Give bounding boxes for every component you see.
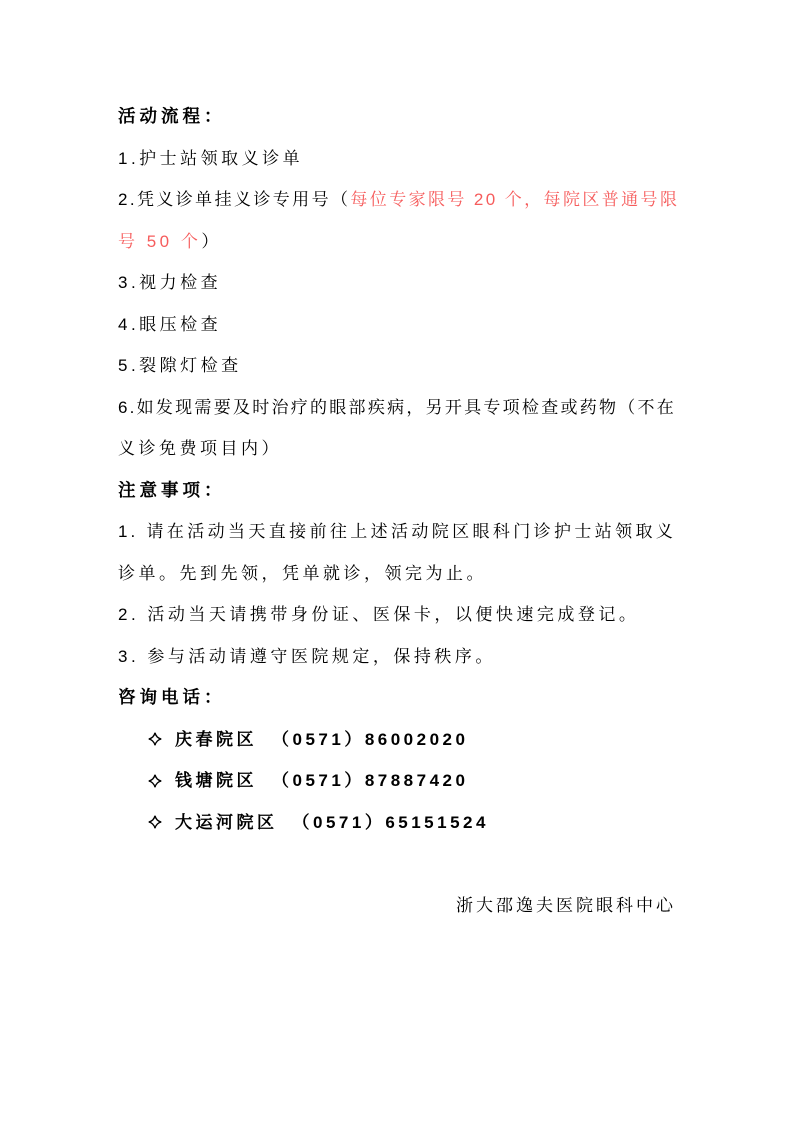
notes-item-1-line-1: 1. 请在活动当天直接前往上述活动院区眼科门诊护士站领取义 [118, 511, 676, 553]
flow-step-6-line-2: 义诊免费项目内） [118, 428, 676, 470]
flow-step-2-line-2: 号 50 个） [118, 221, 676, 263]
campus-name: 庆春院区 [175, 719, 257, 761]
contact-section-heading: 咨询电话： [118, 677, 676, 719]
campus-phone: （0571）86002020 [272, 719, 468, 761]
campus-phone: （0571）65151524 [293, 802, 489, 844]
flow-section-heading: 活动流程： [118, 96, 676, 138]
flow-step-2-quota-highlight: 每位专家限号 20 个，每院区普通号限 [350, 190, 679, 209]
contact-row-dayunhe: 大运河院区 （0571）65151524 [118, 802, 676, 844]
notes-section-heading: 注意事项： [118, 470, 676, 512]
notes-item-2: 2. 活动当天请携带身份证、医保卡，以便快速完成登记。 [118, 594, 676, 636]
flow-step-3: 3.视力检查 [118, 262, 676, 304]
four-pointed-star-icon [148, 815, 162, 829]
flow-step-6-line-1: 6.如发现需要及时治疗的眼部疾病，另开具专项检查或药物（不在 [118, 387, 676, 429]
flow-step-2-quota-highlight-cont: 号 50 个 [118, 232, 201, 251]
campus-name: 钱塘院区 [175, 760, 257, 802]
campus-name: 大运河院区 [175, 802, 278, 844]
flow-step-2-suffix: ） [201, 232, 222, 251]
contact-row-qiantang: 钱塘院区 （0571）87887420 [118, 760, 676, 802]
document-page: 活动流程： 1.护士站领取义诊单 2.凭义诊单挂义诊专用号（每位专家限号 20 … [0, 0, 793, 1122]
flow-step-2-line-1: 2.凭义诊单挂义诊专用号（每位专家限号 20 个，每院区普通号限 [118, 179, 676, 221]
flow-step-5: 5.裂隙灯检查 [118, 345, 676, 387]
contact-row-qingchun: 庆春院区 （0571）86002020 [118, 719, 676, 761]
notes-item-3: 3. 参与活动请遵守医院规定，保持秩序。 [118, 636, 676, 678]
four-pointed-star-icon [148, 774, 162, 788]
notes-item-1-line-2: 诊单。先到先领，凭单就诊，领完为止。 [118, 553, 676, 595]
flow-step-4: 4.眼压检查 [118, 304, 676, 346]
campus-phone: （0571）87887420 [272, 760, 468, 802]
four-pointed-star-icon [148, 732, 162, 746]
flow-step-1: 1.护士站领取义诊单 [118, 138, 676, 180]
document-body: 活动流程： 1.护士站领取义诊单 2.凭义诊单挂义诊专用号（每位专家限号 20 … [118, 96, 676, 926]
flow-step-2-prefix: 2.凭义诊单挂义诊专用号（ [118, 190, 350, 209]
signature-line: 浙大邵逸夫医院眼科中心 [118, 885, 676, 927]
